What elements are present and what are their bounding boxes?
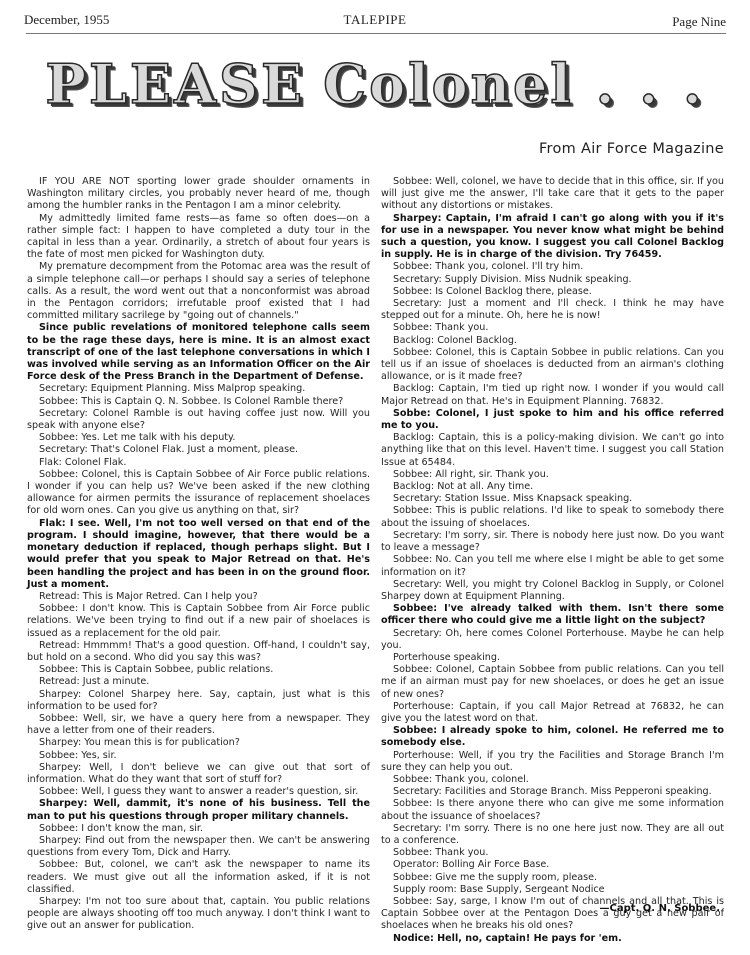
paragraph: Secretary: That's Colonel Flak. Just a m…	[27, 444, 370, 456]
paragraph: Backlog: Captain, this is a policy-makin…	[381, 432, 724, 469]
paragraph: Sobbee: No. Can you tell me where else I…	[381, 554, 724, 578]
paragraph: IF YOU ARE NOT sporting lower grade shou…	[27, 176, 370, 213]
article-title: PLEASEColonel . . .	[0, 52, 750, 116]
left-column: IF YOU ARE NOT sporting lower grade shou…	[27, 176, 370, 933]
paragraph: Supply room: Base Supply, Sergeant Nodic…	[381, 884, 724, 896]
title-word-please: PLEASE	[45, 52, 305, 116]
paragraph: Sobbee: Well, sir, we have a query here …	[27, 713, 370, 737]
paragraph: Sobbee: I don't know. This is Captain So…	[27, 603, 370, 640]
paragraph: Flak: Colonel Flak.	[27, 457, 370, 469]
paragraph: Flak: I see. Well, I'm not too well vers…	[27, 518, 370, 591]
paragraph: Sobbee: Well, I guess they want to answe…	[27, 786, 370, 798]
paragraph: Secretary: Colonel Ramble is out having …	[27, 408, 370, 432]
paragraph: Sobbee: I don't know the man, sir.	[27, 823, 370, 835]
paragraph: Sobbee: Is there anyone there who can gi…	[381, 798, 724, 822]
paragraph: Secretary: Supply Division. Miss Nudnik …	[381, 274, 724, 286]
publication-name: TALEPIPE	[24, 12, 726, 28]
paragraph: Backlog: Captain, I'm tied up right now.…	[381, 383, 724, 407]
paragraph: Sobbee: Yes, sir.	[27, 750, 370, 762]
paragraph: Sobbee: Say, sarge, I know I'm out of ch…	[381, 896, 724, 933]
paragraph: Secretary: Oh, here comes Colonel Porter…	[381, 628, 724, 652]
paragraph: Sobbee: Is Colonel Backlog there, please…	[381, 286, 724, 298]
paragraph: Sharpey: Find out from the newspaper the…	[27, 835, 370, 859]
paragraph: Backlog: Colonel Backlog.	[381, 335, 724, 347]
paragraph: Sobbee: Yes. Let me talk with his deputy…	[27, 432, 370, 444]
paragraph: My admittedly limited fame rests—as fame…	[27, 213, 370, 262]
paragraph: Sobbe: Colonel, I just spoke to him and …	[381, 408, 724, 432]
paragraph: Retread: Just a minute.	[27, 676, 370, 688]
paragraph: Secretary: I'm sorry. There is no one he…	[381, 823, 724, 847]
paragraph: Sobbee: Thank you, colonel.	[381, 774, 724, 786]
paragraph: Sharpey: Well, dammit, it's none of his …	[27, 798, 370, 822]
paragraph: Sobbee: All right, sir. Thank you.	[381, 469, 724, 481]
paragraph: Secretary: Equipment Planning. Miss Malp…	[27, 383, 370, 395]
paragraph: Sobbee: Give me the supply room, please.	[381, 872, 724, 884]
paragraph: Backlog: Not at all. Any time.	[381, 481, 724, 493]
header-rule	[26, 33, 726, 34]
paragraph: Sharpey: Captain, I'm afraid I can't go …	[381, 213, 724, 262]
paragraph: Sobbee: This is Captain Q. N. Sobbee. Is…	[27, 396, 370, 408]
paragraph: Sobbee: Colonel, this is Captain Sobbee …	[27, 469, 370, 518]
paragraph: Retread: Hmmmm! That's a good question. …	[27, 640, 370, 664]
right-column: Sobbee: Well, colonel, we have to decide…	[381, 176, 724, 945]
paragraph: Sobbee: I already spoke to him, colonel.…	[381, 725, 724, 749]
paragraph: Porterhouse: Well, if you try the Facili…	[381, 750, 724, 774]
paragraph: Sobbee: But, colonel, we can't ask the n…	[27, 859, 370, 896]
paragraph: Sharpey: Colonel Sharpey here. Say, capt…	[27, 689, 370, 713]
page-number: Page Nine	[672, 14, 726, 30]
article-source: From Air Force Magazine	[539, 141, 724, 157]
paragraph: Sobbee: Colonel, this is Captain Sobbee …	[381, 347, 724, 384]
paragraph: Sharpey: I'm not too sure about that, ca…	[27, 896, 370, 933]
paragraph: Nodice: Hell, no, captain! He pays for '…	[381, 933, 724, 945]
running-head: December, 1955 TALEPIPE Page Nine	[24, 8, 726, 30]
paragraph: Sobbee: Thank you.	[381, 322, 724, 334]
paragraph: My premature decompment from the Potomac…	[27, 261, 370, 322]
paragraph: Sharpey: You mean this is for publicatio…	[27, 737, 370, 749]
paragraph: Sobbee: Thank you, colonel. I'll try him…	[381, 261, 724, 273]
paragraph: Operator: Bolling Air Force Base.	[381, 859, 724, 871]
byline: —Capt. Q. N. Sobbee.	[600, 903, 721, 914]
paragraph: Secretary: I'm sorry, sir. There is nobo…	[381, 530, 724, 554]
paragraph: Secretary: Just a moment and I'll check.…	[381, 298, 724, 322]
paragraph: Secretary: Well, you might try Colonel B…	[381, 579, 724, 603]
paragraph: Secretary: Station Issue. Miss Knapsack …	[381, 493, 724, 505]
paragraph: Sobbee: Well, colonel, we have to decide…	[381, 176, 724, 213]
paragraph: Sobbee: This is public relations. I'd li…	[381, 505, 724, 529]
paragraph: Sharpey: Well, I don't believe we can gi…	[27, 762, 370, 786]
title-word-colonel: Colonel . . .	[323, 52, 704, 116]
paragraph: Sobbee: Thank you.	[381, 847, 724, 859]
paragraph: Porterhouse: Captain, if you call Major …	[381, 701, 724, 725]
paragraph: Secretary: Facilities and Storage Branch…	[381, 786, 724, 798]
paragraph: Sobbee: Colonel, Captain Sobbee from pub…	[381, 664, 724, 701]
paragraph: Retread: This is Major Retred. Can I hel…	[27, 591, 370, 603]
paragraph: Sobbee: I've already talked with them. I…	[381, 603, 724, 627]
paragraph: Porterhouse speaking.	[381, 652, 724, 664]
paragraph: Sobbee: This is Captain Sobbee, public r…	[27, 664, 370, 676]
paragraph: Since public revelations of monitored te…	[27, 322, 370, 383]
